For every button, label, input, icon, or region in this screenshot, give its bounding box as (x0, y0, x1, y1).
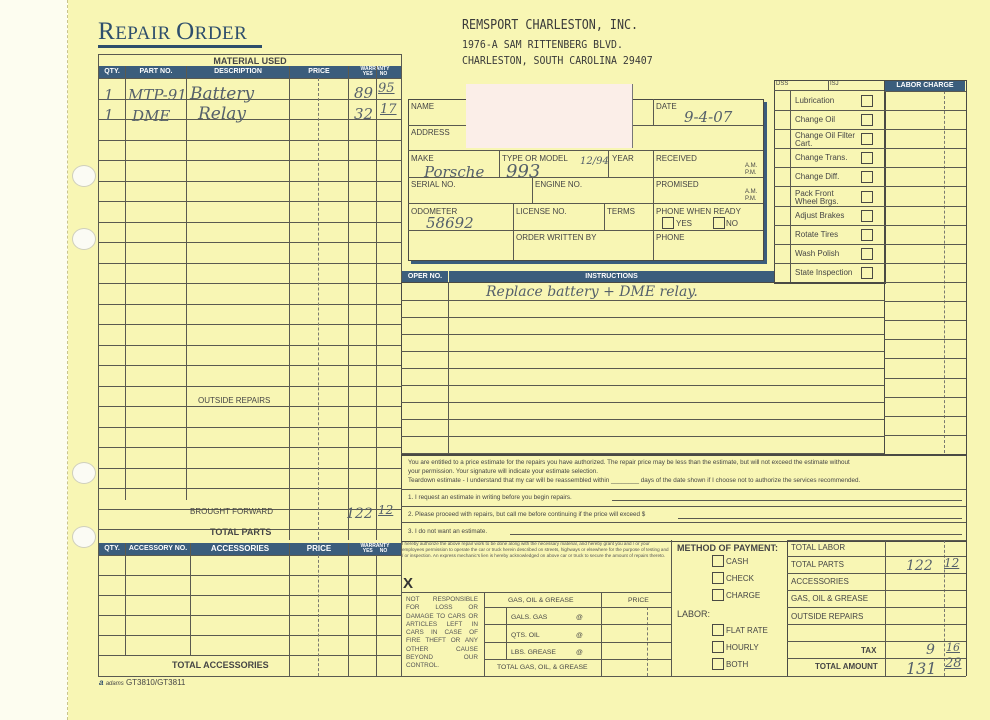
margin-strip (0, 0, 68, 720)
row-part-no: MTP-91 (128, 86, 187, 104)
grid-line (98, 201, 402, 202)
grid-line (348, 66, 349, 540)
received-pm: P.M. (745, 170, 757, 176)
binder-hole (72, 165, 96, 187)
binder-hole (72, 228, 96, 250)
service-divider (774, 244, 884, 245)
grid-line (884, 358, 966, 359)
grid-line (376, 66, 377, 540)
grid-line (98, 140, 402, 141)
grease-at: @ (576, 649, 583, 656)
address-label: ADDRESS (411, 128, 450, 137)
grid-line (884, 339, 966, 340)
instructions-box (401, 282, 885, 456)
shop-address: 1976-A SAM RITTENBERG BLVD. (462, 38, 623, 51)
service-label: State Inspection (795, 269, 857, 277)
grid-line (884, 91, 966, 92)
phone-ready-label: PHONE WHEN READY (656, 207, 741, 216)
service-divider (774, 206, 884, 207)
total-amount-cents: 28 (945, 656, 962, 671)
grid-line (98, 54, 99, 676)
instructions-header: INSTRUCTIONS (449, 271, 774, 282)
service-checkbox[interactable] (861, 95, 873, 107)
brought-forward-label: BROUGHT FORWARD (190, 507, 273, 516)
grid-line (289, 66, 290, 500)
service-checkbox[interactable] (861, 114, 873, 126)
grid-line (884, 416, 966, 417)
tax-label: TAX (861, 646, 876, 655)
service-checkbox[interactable] (861, 229, 873, 241)
serial-label: SERIAL NO. (411, 180, 456, 189)
acc-col-accessory-no: ACCESSORY NO. (126, 543, 190, 555)
estimate-option-2[interactable]: 2. Please proceed with repairs, but call… (408, 511, 645, 518)
name-label: NAME (411, 102, 434, 111)
grid-line (884, 378, 966, 379)
accessories-summary-label: ACCESSORIES (791, 577, 849, 586)
payment-title: METHOD OF PAYMENT: (677, 543, 778, 553)
tax-cents: 16 (946, 641, 960, 654)
signature-x: X (403, 575, 413, 592)
total-parts-label: TOTAL PARTS (210, 527, 271, 537)
brought-forward-dollars: 122 (346, 506, 373, 522)
service-checkbox[interactable] (861, 191, 873, 203)
license-label: LICENSE NO. (516, 207, 567, 216)
total-amount-dollars: 131 (906, 659, 937, 678)
grid-line (98, 324, 402, 325)
row-dollars: 89 (354, 84, 373, 102)
both-label: BOTH (726, 660, 748, 669)
gog-price: PRICE (628, 597, 649, 604)
grid-line (884, 206, 966, 207)
grid-line (190, 543, 191, 655)
grid-line (318, 78, 319, 540)
phone-ready-no-checkbox[interactable] (713, 217, 725, 229)
check-label: CHECK (726, 574, 754, 583)
tax-dollars: 9 (926, 642, 935, 658)
grid-line (98, 181, 402, 182)
both-checkbox[interactable] (712, 658, 724, 670)
grid-line (401, 419, 884, 420)
total-accessories-label: TOTAL ACCESSORIES (172, 660, 269, 670)
outside-repairs-summary-label: OUTSIDE REPAIRS (791, 612, 863, 621)
cash-checkbox[interactable] (712, 555, 724, 567)
row-description: Relay (198, 104, 246, 124)
flat-rate-checkbox[interactable] (712, 624, 724, 636)
grid-line (401, 402, 884, 403)
grid-line (787, 590, 966, 591)
service-divider (774, 110, 884, 111)
col-part-no: PART NO. (126, 66, 186, 78)
grid-line (98, 676, 402, 677)
grid-line (884, 320, 966, 321)
model-date[interactable]: 12/94 (580, 156, 609, 167)
grid-line (98, 427, 402, 428)
binder-hole (72, 462, 96, 484)
col-warranty: WARRANTYYES NO (349, 66, 401, 78)
service-label: Change Oil (795, 116, 857, 124)
charge-label: CHARGE (726, 591, 760, 600)
row-qty: 1 (104, 106, 114, 124)
grid-line (98, 283, 402, 284)
grid-line (98, 447, 402, 448)
date-label: DATE (656, 102, 677, 111)
service-label: Change Oil Filter Cart. (795, 132, 857, 148)
acc-col-qty: QTY. (99, 543, 125, 555)
grid-line (98, 615, 402, 616)
total-parts-cents: 12 (944, 556, 959, 570)
charge-checkbox[interactable] (712, 589, 724, 601)
grease-label: LBS. GREASE (511, 649, 556, 656)
acc-col-price: PRICE (290, 543, 348, 555)
terms-label: TERMS (607, 207, 635, 216)
service-label: Change Trans. (795, 154, 857, 162)
make-label: MAKE (411, 154, 434, 163)
grid-line (401, 368, 884, 369)
acc-col-warranty: WARRANTYYES NO (349, 543, 401, 555)
service-divider (774, 263, 884, 264)
service-checkbox[interactable] (861, 133, 873, 145)
service-divider (774, 148, 884, 149)
brought-forward-cents: 12 (378, 503, 393, 517)
odometer-value[interactable]: 58692 (426, 214, 474, 232)
estimate-text-1: You are entitled to a price estimate for… (408, 459, 850, 466)
gog-total: TOTAL GAS, OIL, & GREASE (497, 664, 588, 671)
grid-line (401, 436, 884, 437)
estimate-option-3[interactable]: 3. I do not want an estimate. (408, 528, 487, 535)
gog-title: GAS, OIL & GREASE (508, 597, 573, 604)
promised-pm: P.M. (745, 196, 757, 202)
service-divider (774, 129, 884, 130)
grid-line (884, 110, 966, 111)
service-divider (774, 225, 884, 226)
row-dollars: 32 (354, 105, 373, 123)
check-checkbox[interactable] (712, 572, 724, 584)
phone-label: PHONE (656, 233, 684, 242)
service-label: Pack Front Wheel Brgs. (795, 190, 857, 206)
instruction-line-1[interactable]: Replace battery + DME relay. (486, 284, 698, 300)
promised-label: PROMISED (656, 180, 699, 189)
estimate-option-1[interactable]: 1. I request an estimate in writing befo… (408, 494, 572, 501)
row-description: Battery (190, 84, 254, 104)
service-label: Rotate Tires (795, 231, 857, 239)
oper-no-header: OPER NO. (402, 271, 448, 282)
grid-line (787, 556, 966, 557)
hourly-checkbox[interactable] (712, 641, 724, 653)
grid-line (98, 345, 402, 346)
service-checkbox[interactable] (861, 210, 873, 222)
form-code: a adams GT3810/GT3811 (99, 678, 185, 687)
grid-line (318, 555, 319, 676)
grid-line (98, 222, 402, 223)
grid-line (98, 365, 402, 366)
binder-hole (72, 526, 96, 548)
labor-type-title: LABOR: (677, 609, 710, 619)
service-label: Lubrication (795, 97, 857, 105)
row-part-no: DME (132, 107, 170, 125)
year-label: YEAR (612, 154, 634, 163)
service-divider (774, 167, 884, 168)
grid-line (98, 242, 402, 243)
date-value[interactable]: 9-4-07 (684, 108, 732, 126)
flat-rate-label: FLAT RATE (726, 626, 768, 635)
grid-line (884, 282, 966, 283)
grid-line (787, 573, 966, 574)
grid-line (401, 385, 884, 386)
service-checkbox[interactable] (861, 248, 873, 260)
oil-at: @ (576, 632, 583, 639)
outside-repairs-label: OUTSIDE REPAIRS (198, 396, 270, 405)
grid-line (376, 543, 377, 676)
grid-line (98, 488, 402, 489)
grid-line (98, 160, 402, 161)
engine-label: ENGINE NO. (535, 180, 582, 189)
grid-line (348, 543, 349, 676)
isj-label: ISJ (830, 81, 839, 87)
received-am: A.M. (745, 163, 757, 169)
make-value[interactable]: Porsche (424, 163, 484, 181)
grid-line (98, 304, 402, 305)
service-checkbox[interactable] (861, 171, 873, 183)
grid-line (884, 148, 966, 149)
service-label: Wash Polish (795, 250, 857, 258)
grid-line (884, 435, 966, 436)
grid-line (98, 555, 402, 556)
row-qty: 1 (104, 86, 114, 104)
grid-line (884, 301, 966, 302)
oil-label: QTS. OIL (511, 632, 540, 639)
grid-line (98, 78, 402, 79)
grid-line (401, 300, 884, 301)
grid-line (98, 406, 402, 407)
row-cents: 17 (380, 102, 397, 117)
written-by-label: ORDER WRITTEN BY (516, 233, 596, 242)
total-amount-label: TOTAL AMOUNT (815, 662, 878, 671)
service-label: Change Diff. (795, 173, 857, 181)
grid-line (884, 244, 966, 245)
grid-line (289, 543, 290, 676)
grid-line (98, 635, 402, 636)
grid-line (401, 317, 884, 318)
service-checkbox[interactable] (861, 267, 873, 279)
grid-line (125, 543, 126, 655)
grid-line (98, 263, 402, 264)
grid-line (186, 66, 187, 500)
total-labor-label: TOTAL LABOR (791, 543, 845, 552)
received-label: RECEIVED (656, 154, 697, 163)
dss-label: DSS (776, 81, 788, 87)
grid-line (884, 263, 966, 264)
total-parts-dollars: 122 (906, 558, 933, 574)
grid-line (884, 167, 966, 168)
shop-name: REMSPORT CHARLESTON, INC. (462, 18, 638, 33)
total-parts-summary-label: TOTAL PARTS (791, 560, 844, 569)
grid-line (98, 655, 402, 656)
service-checkbox[interactable] (861, 152, 873, 164)
grid-line (787, 540, 966, 541)
grid-line (884, 186, 966, 187)
gas-label: GALS. GAS (511, 614, 547, 621)
service-divider (774, 186, 884, 187)
grid-line (787, 641, 966, 642)
grid-line (884, 397, 966, 398)
yes-label: YES (676, 219, 692, 228)
phone-ready-yes-checkbox[interactable] (662, 217, 674, 229)
service-label: Adjust Brakes (795, 212, 857, 220)
grid-line (884, 225, 966, 226)
disclaimer-text: NOT RESPONSIBLE FOR LOSS OR DAMAGE TO CA… (406, 596, 478, 671)
grid-line (401, 351, 884, 352)
grid-line (98, 595, 402, 596)
shop-city: CHARLESTON, SOUTH CAROLINA 29407 (462, 54, 653, 67)
grid-line (787, 607, 966, 608)
material-title: MATERIAL USED (98, 56, 402, 66)
row-cents: 95 (378, 81, 395, 96)
gas-at: @ (576, 614, 583, 621)
promised-am: A.M. (745, 189, 757, 195)
estimate-text-2: your permission. Your signature will ind… (408, 468, 598, 475)
authorization-text: I hereby authorize the above repair work… (402, 541, 670, 559)
grid-line (98, 575, 402, 576)
cash-label: CASH (726, 557, 748, 566)
col-price: PRICE (290, 66, 348, 78)
grid-line (787, 624, 966, 625)
no-label: NO (726, 219, 738, 228)
model-value[interactable]: 993 (506, 161, 540, 182)
hourly-label: HOURLY (726, 643, 759, 652)
grid-line (787, 658, 966, 659)
grid-line (289, 500, 290, 540)
col-qty: QTY. (99, 66, 125, 78)
grid-line (884, 129, 966, 130)
grid-line (401, 334, 884, 335)
col-description: DESCRIPTION (187, 66, 289, 78)
redacted-name-address (466, 84, 633, 148)
acc-col-accessories: ACCESSORIES (191, 543, 289, 555)
grid-line (125, 66, 126, 500)
title-underline (98, 45, 262, 48)
grid-line (98, 468, 402, 469)
gog-summary-label: GAS, OIL & GREASE (791, 594, 868, 603)
estimate-text-3: Teardown estimate - I understand that my… (408, 477, 860, 484)
page-title: REPAIR ORDER (98, 18, 247, 46)
grid-line (98, 386, 402, 387)
